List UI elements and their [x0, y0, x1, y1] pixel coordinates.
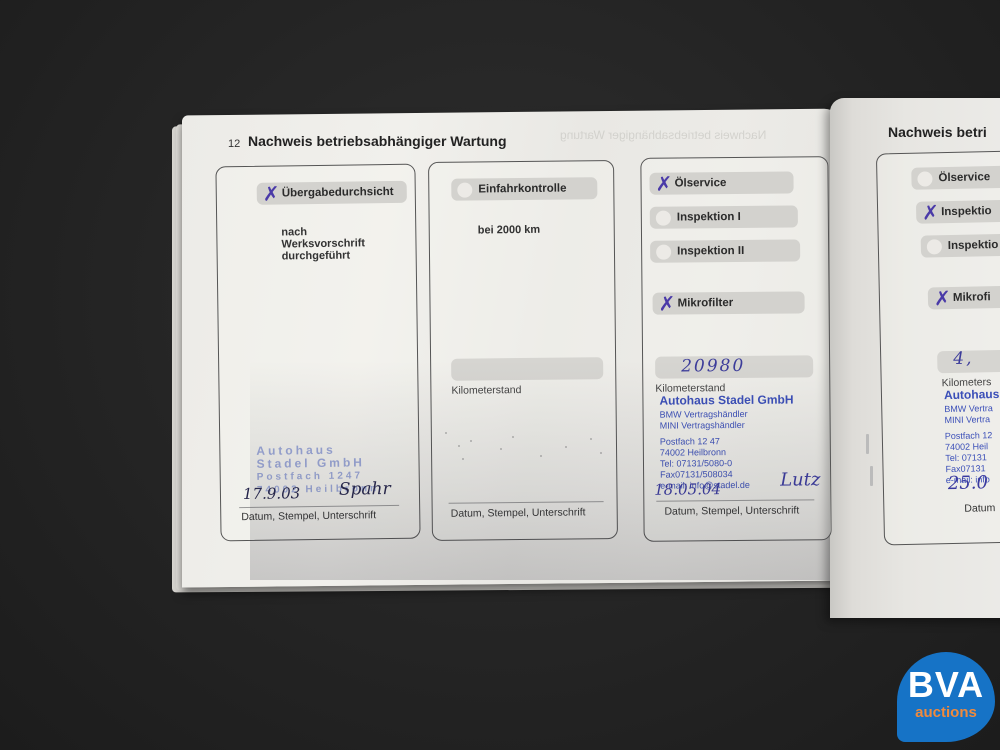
- service-option-microfilter: ✗ Mikrofi: [928, 285, 1000, 309]
- service-option-run-in: Einfahrkontrolle: [451, 177, 597, 201]
- dealer-stamp: Autohaus BMW VertraMINI Vertra Postfach …: [944, 389, 1000, 486]
- service-card-inspection-next: Ölservice ✗ Inspektio Inspektio ✗ Mikrof…: [876, 151, 1000, 546]
- signature-line: [239, 505, 399, 508]
- service-option-oil: ✗ Ölservice: [649, 171, 793, 194]
- service-description: nachWerksvorschriftdurchgeführt: [281, 225, 365, 262]
- radio-circle-icon: [927, 239, 942, 254]
- radio-circle-icon: [917, 171, 932, 186]
- signature: Spahr: [339, 479, 391, 500]
- service-option-handover: ✗ Übergabedurchsicht: [257, 181, 407, 205]
- service-card-handover: ✗ Übergabedurchsicht nachWerksvorschrift…: [215, 164, 420, 542]
- signature-line: [449, 501, 604, 504]
- handwritten-check-icon: ✗: [263, 187, 278, 201]
- handwritten-check-icon: ✗: [655, 177, 670, 191]
- service-option-inspection-2: Inspektion II: [650, 239, 800, 262]
- signature-label: Datum: [964, 502, 995, 515]
- service-option-inspection-2: Inspektio: [921, 233, 1000, 257]
- signature-label: Datum, Stempel, Unterschrift: [664, 504, 799, 517]
- handwritten-date: 17.9.03: [243, 484, 301, 503]
- service-description: bei 2000 km: [478, 224, 540, 237]
- binding-staple: [870, 466, 873, 486]
- binding-staple: [866, 434, 869, 454]
- service-option-oil: Ölservice: [911, 165, 1000, 189]
- mileage-value: 4,: [953, 349, 974, 369]
- service-option-microfilter: ✗ Mikrofilter: [653, 291, 805, 314]
- signature-line: [656, 499, 814, 501]
- handwritten-date: 18.05.04: [654, 480, 721, 499]
- logo-subtitle: auctions: [897, 704, 995, 721]
- bleed-through-title: Nachweis betriebsabhängiger Wartung: [560, 128, 766, 142]
- radio-circle-icon: [656, 244, 671, 259]
- mileage-value: 20980: [681, 356, 745, 377]
- service-option-inspection-1: Inspektion I: [650, 205, 798, 228]
- signature-label: Datum, Stempel, Unterschrift: [241, 509, 376, 523]
- logo-brand: BVA: [897, 664, 995, 706]
- page-number: 12: [228, 138, 240, 150]
- service-card-run-in: Einfahrkontrolle bei 2000 km Kilometerst…: [428, 160, 618, 541]
- right-page-title: Nachweis betri: [888, 124, 987, 140]
- signature-label: Datum, Stempel, Unterschrift: [451, 506, 586, 519]
- service-card-inspection: ✗ Ölservice Inspektion I Inspektion II ✗…: [640, 156, 831, 542]
- handwritten-check-icon: ✗: [659, 297, 674, 311]
- handwritten-check-icon: ✗: [922, 205, 937, 219]
- handwritten-date: 25.0: [948, 472, 989, 494]
- bva-auctions-logo: BVA auctions: [897, 652, 995, 742]
- page-title: Nachweis betriebsabhängiger Wartung: [248, 133, 507, 149]
- handwritten-check-icon: ✗: [934, 291, 949, 305]
- signature: Lutz: [780, 469, 820, 490]
- radio-circle-icon: [656, 210, 671, 225]
- service-option-inspection-1: ✗ Inspektio: [916, 199, 1000, 223]
- mileage-field: [451, 357, 603, 381]
- radio-circle-icon: [457, 182, 472, 197]
- mileage-label: Kilometerstand: [451, 384, 521, 397]
- dealer-stamp: Autohaus Stadel GmbH BMW Vertragshändler…: [659, 395, 794, 492]
